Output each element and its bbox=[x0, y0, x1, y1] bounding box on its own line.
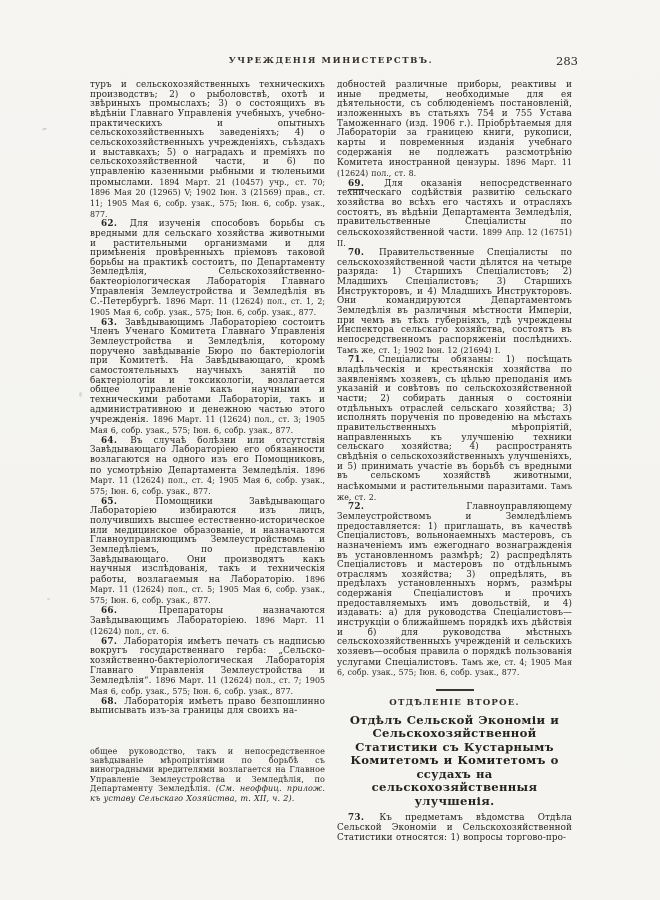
paragraph-65: 65. Помощники Завѣдывающаго Лабораторіею… bbox=[90, 498, 325, 607]
running-head-title: УЧРЕЖДЕНІЯ МИНИСТЕРСТВЪ. bbox=[90, 56, 572, 66]
paragraph-continuation: добностей различные приборы, реактивы и … bbox=[337, 81, 572, 180]
section-number: 71. bbox=[348, 355, 364, 365]
paragraph-text: Въ случаѣ болѣзни или отсутствія Завѣдыв… bbox=[90, 436, 325, 476]
section-number: 73. bbox=[348, 813, 364, 823]
paragraph-62: 62. Для изученія способовъ борьбы съ вре… bbox=[90, 220, 325, 319]
paragraph-67: 67. Лабораторія имѣетъ печать съ надпись… bbox=[90, 638, 325, 698]
section-divider-rule bbox=[436, 689, 474, 691]
paragraph-69: 69. Для оказанія непосредственнаго техни… bbox=[337, 180, 572, 250]
section-number: 70. bbox=[348, 248, 364, 258]
paragraph-continuation: туръ и сельскохозяйственныхъ технических… bbox=[90, 81, 325, 220]
paragraph-66: 66. Препараторы назначаются Завѣдывающим… bbox=[90, 607, 325, 638]
paragraph-64: 64. Въ случаѣ болѣзни или отсутствія Зав… bbox=[90, 437, 325, 498]
paragraph-text: Спеціалисты обязаны: 1) посѣщать владѣль… bbox=[337, 355, 572, 492]
paragraph-71: 71. Спеціалисты обязаны: 1) посѣщать вла… bbox=[337, 356, 572, 503]
subsection-heading: ОТДѢЛЕНІЕ ВТОРОЕ. bbox=[337, 699, 572, 709]
paragraph-text: Для изученія способовъ борьбы съ вредным… bbox=[90, 219, 325, 307]
paragraph-text: Главноуправляющему Землеустройствомъ и З… bbox=[337, 502, 572, 668]
left-column: туръ и сельскохозяйственныхъ технических… bbox=[90, 81, 325, 803]
right-column: добностей различные приборы, реактивы и … bbox=[337, 81, 572, 843]
citation: Тамъ же, ст. 1; 1902 Іюн. 12 (21694) I. bbox=[337, 346, 500, 355]
running-head: УЧРЕЖДЕНІЯ МИНИСТЕРСТВЪ. 283 bbox=[90, 54, 572, 76]
two-column-layout: туръ и сельскохозяйственныхъ технических… bbox=[90, 81, 572, 843]
paragraph-text: Лабораторія имѣетъ право безпошлинно вып… bbox=[90, 697, 325, 717]
paragraph-text: Завѣдывающимъ Лабораторіею состоитъ Член… bbox=[90, 318, 325, 426]
chapter-heading: Отдѣлъ Сельской Экономіи и Сельско­хозяй… bbox=[337, 714, 572, 809]
text-block: УЧРЕЖДЕНІЯ МИНИСТЕРСТВЪ. 283 туръ и сель… bbox=[90, 54, 572, 843]
paragraph-text: добностей различные приборы, реактивы и … bbox=[337, 80, 572, 168]
scan-speck bbox=[42, 127, 47, 130]
paragraph-63: 63. Завѣдывающимъ Лабораторіею состоитъ … bbox=[90, 319, 325, 437]
paragraph-68: 68. Лабораторія имѣетъ право безпошлинно… bbox=[90, 698, 325, 717]
scan-speck bbox=[47, 598, 50, 600]
section-number: 66. bbox=[101, 606, 117, 616]
section-number: 68. bbox=[101, 697, 117, 707]
scan-speck bbox=[79, 392, 82, 397]
paragraph-text: Къ предметамъ вѣдомства Отдѣла Сельской … bbox=[337, 813, 572, 842]
paragraph-72: 72. Главноуправляющему Землеустройствомъ… bbox=[337, 503, 572, 679]
paragraph-text: туръ и сельскохозяйственныхъ технических… bbox=[90, 80, 325, 188]
scanned-book-page: УЧРЕЖДЕНІЯ МИНИСТЕРСТВЪ. 283 туръ и сель… bbox=[0, 0, 660, 900]
section-number: 62. bbox=[101, 219, 117, 229]
paragraph-text: Помощники Завѣдывающаго Лабораторіею изб… bbox=[90, 497, 325, 585]
footnote: общее руководство, такъ и непосредственн… bbox=[90, 747, 325, 803]
page-number: 283 bbox=[556, 54, 578, 68]
section-number: 63. bbox=[101, 318, 117, 328]
section-number: 72. bbox=[348, 502, 364, 512]
paragraph-70: 70. Правительственные Спеціалисты по сел… bbox=[337, 249, 572, 356]
paragraph-73: 73. Къ предметамъ вѣдомства Отдѣла Сельс… bbox=[337, 814, 572, 843]
paragraph-text: Правительственные Спеціалисты по сельско… bbox=[337, 248, 572, 345]
